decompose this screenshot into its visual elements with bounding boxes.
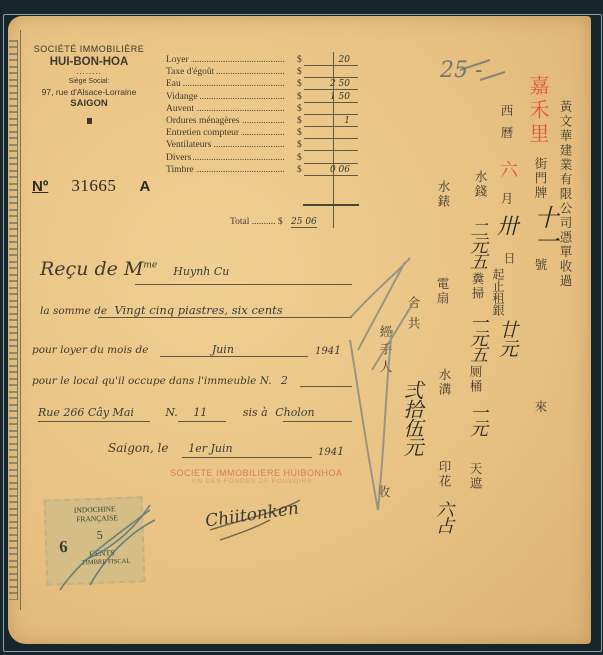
charge-row: ........................................…	[166, 165, 356, 177]
company-address: 97, rue d'Alsace-Lorraine	[24, 87, 154, 97]
charge-label: Ventilateurs	[166, 140, 213, 150]
received-from-line: Reçu de Mme Huynh Cu	[40, 258, 229, 280]
amount-rule	[304, 77, 358, 78]
chinese-manure-value: 一元五	[464, 313, 490, 361]
border-rule	[20, 30, 21, 610]
received-from-label: Reçu de M	[40, 258, 143, 280]
chinese-stamp-label: 印花	[435, 460, 453, 489]
total-label: Total	[230, 217, 249, 227]
total-currency: $	[278, 217, 283, 227]
stamp-line1: SOCIETE IMMOBILIERE HUIBONHOA	[170, 468, 343, 478]
chinese-west-label: 西	[497, 104, 515, 119]
series-letter: A	[140, 178, 151, 195]
cents-divider	[333, 52, 334, 228]
chinese-toilet-value: 一元	[464, 403, 490, 435]
chinese-door-number: 十一	[527, 205, 562, 253]
fiscal-overprint: 5	[97, 528, 104, 543]
chinese-water-fee-value: 二元五	[464, 220, 490, 268]
chinese-total-value: 弍拾伍元	[398, 380, 427, 456]
amount-rule	[304, 89, 358, 90]
number-symbol: Nº	[32, 178, 48, 195]
pencil-note: 25 -	[440, 58, 482, 83]
premises-label: pour le local qu'il occupe dans l'immeub…	[32, 375, 272, 387]
chinese-stamp-value: 六占	[430, 500, 456, 532]
total-row: Total .......... $ 25 06	[230, 217, 317, 227]
total-amount: 25 06	[291, 217, 317, 228]
chinese-toilet-label: 厕桶	[466, 365, 484, 394]
chinese-day-value: 卅	[490, 214, 521, 238]
year-prefix: 194	[315, 346, 334, 357]
charge-currency: $	[297, 153, 302, 163]
amount-rule	[304, 114, 358, 115]
charge-row: ........................................…	[166, 140, 356, 152]
fiscal-value: 6	[59, 537, 68, 557]
unit-label: N.	[165, 406, 177, 419]
charge-amount: 1	[306, 116, 350, 126]
total-rule	[303, 204, 359, 206]
fiscal-line3: TIMBRE FISCAL	[82, 558, 131, 567]
charge-amount: 2 50	[306, 79, 350, 89]
fiscal-unit: CENTS	[89, 548, 115, 558]
located-label: sis à	[243, 406, 268, 419]
charge-row: ........................................…	[166, 67, 356, 79]
amount-rule	[304, 163, 358, 164]
company-red-stamp: SOCIETE IMMOBILIERE HUIBONHOA UN DES FON…	[170, 468, 343, 485]
company-name: HUI-BON-HOA	[24, 56, 154, 68]
chinese-location: 嘉禾里	[527, 75, 549, 147]
leader-dots: ........................................…	[166, 79, 302, 89]
charge-currency: $	[297, 104, 302, 114]
charge-label: Taxe d'égoût	[166, 67, 216, 77]
premises-number: 2	[281, 374, 288, 387]
chinese-company-column: 黃文華建業有限公司憑單收過	[558, 100, 572, 289]
chinese-calendar-label: 曆	[497, 126, 515, 141]
amount-rule	[304, 138, 358, 139]
chinese-awning-label: 天遮	[466, 462, 484, 491]
charge-label: Auvent	[166, 104, 196, 114]
date-place: Saigon, le	[108, 441, 168, 455]
charge-amount: 20	[306, 55, 350, 65]
month-line: pour loyer du mois de Juin	[32, 343, 234, 356]
charge-row: ........................................…	[166, 79, 356, 91]
month-value: Juin	[212, 343, 234, 356]
charge-label: Ordures ménagères	[166, 116, 242, 126]
rule	[38, 421, 150, 422]
charge-currency: $	[297, 116, 302, 126]
amount-rule	[304, 126, 358, 127]
tenant-name: Huynh Cu	[173, 265, 229, 278]
rule	[98, 317, 352, 318]
rule	[160, 356, 308, 357]
number-value: 31665	[71, 176, 116, 195]
charge-row: ........................................…	[166, 104, 356, 116]
amount-rule	[304, 102, 358, 103]
charge-label: Divers	[166, 153, 193, 163]
ornamental-border	[9, 40, 18, 600]
chinese-handler-label: 經手人	[376, 325, 394, 378]
charge-label: Vidange	[166, 92, 200, 102]
sum-label: la somme de	[40, 305, 107, 317]
chinese-fan-label: 電扇	[433, 277, 451, 306]
year-field: 1941	[315, 344, 341, 357]
charge-row: ........................................…	[166, 55, 356, 67]
company-header: SOCIÉTÉ IMMOBILIÈRE HUI-BON-HOA ........…	[24, 44, 154, 128]
charge-row: ........................................…	[166, 116, 356, 128]
company-type: SOCIÉTÉ IMMOBILIÈRE	[24, 44, 154, 54]
amount-rule	[304, 65, 358, 66]
charge-currency: $	[297, 165, 302, 175]
charge-amount: 0 06	[306, 165, 350, 175]
chinese-lai: 來	[531, 400, 549, 415]
chinese-street-door-label: 街門牌	[531, 157, 549, 201]
received-from-suffix: me	[143, 261, 157, 271]
charge-row: ........................................…	[166, 153, 356, 165]
street-value: Rue 266 Cây Mai	[38, 406, 134, 419]
fiscal-stamp: INDOCHINE FRANÇAISE 6 5 CENTS TIMBRE FIS…	[44, 496, 146, 585]
date-year-prefix: 194	[318, 447, 337, 458]
fiscal-line2: FRANÇAISE	[76, 513, 118, 523]
charge-label: Eau	[166, 79, 183, 89]
month-label: pour loyer du mois de	[32, 344, 148, 356]
company-city: SAIGON	[24, 98, 154, 109]
chinese-drain-label: 水溝	[435, 368, 453, 397]
charge-label: Loyer	[166, 55, 191, 65]
date-line: Saigon, le 1er Juin	[108, 441, 233, 455]
charge-label: Entretien compteur	[166, 128, 241, 138]
date-value: 1er Juin	[188, 442, 232, 455]
sum-value: Vingt cinq piastres, six cents	[114, 303, 282, 317]
rule	[135, 284, 352, 285]
located-value: Cholon	[275, 406, 314, 419]
charge-currency: $	[297, 128, 302, 138]
square-ornament-icon	[87, 118, 92, 124]
date-year-value: 1	[337, 445, 344, 458]
stamp-line2: UN DES FONDES DE POUVOIRS	[192, 478, 343, 485]
rule	[283, 421, 352, 422]
chinese-rent-label: 起止租銀	[492, 268, 504, 316]
header-dots: ........	[24, 68, 154, 76]
charge-row: ........................................…	[166, 128, 356, 140]
charge-currency: $	[297, 55, 302, 65]
chinese-hao: 號	[531, 258, 549, 273]
charge-currency: $	[297, 79, 302, 89]
charge-currency: $	[297, 92, 302, 102]
charges-table: ........................................…	[166, 55, 356, 177]
receipt-number: Nº 31665 A	[32, 176, 150, 196]
premises-line: pour le local qu'il occupe dans l'immeub…	[32, 374, 288, 387]
charge-label: Timbre	[166, 165, 196, 175]
unit-value: 11	[193, 406, 207, 419]
rule	[182, 457, 312, 458]
charge-currency: $	[297, 67, 302, 77]
charge-amount: 1 50	[306, 92, 350, 102]
rule	[300, 386, 352, 387]
year-value: 1	[334, 344, 341, 357]
chinese-water-meter-label: 水錶	[434, 180, 452, 209]
chinese-month-label: 月	[497, 192, 515, 207]
seat-label: Siège Social:	[24, 78, 154, 85]
amount-rule	[304, 175, 358, 176]
chinese-water-fee-label: 水錢	[471, 170, 489, 199]
chinese-month-red: 六	[494, 160, 520, 180]
rule	[178, 421, 226, 422]
chinese-day-label: 日	[501, 252, 518, 264]
address-line: Rue 266 Cây Mai N. 11 sis à Cholon	[38, 406, 315, 419]
chinese-manure-label: 糞掃	[468, 272, 486, 301]
date-year-field: 1941	[318, 445, 344, 458]
chinese-total-label: 合共	[404, 296, 422, 337]
total-dots: ..........	[252, 217, 276, 227]
amount-rule	[304, 150, 358, 151]
charge-currency: $	[297, 140, 302, 150]
sum-line: la somme de Vingt cinq piastres, six cen…	[40, 303, 283, 317]
charge-row: ........................................…	[166, 92, 356, 104]
chinese-received-label: 收	[374, 485, 392, 500]
chinese-rent-value: 廿元	[494, 320, 521, 358]
